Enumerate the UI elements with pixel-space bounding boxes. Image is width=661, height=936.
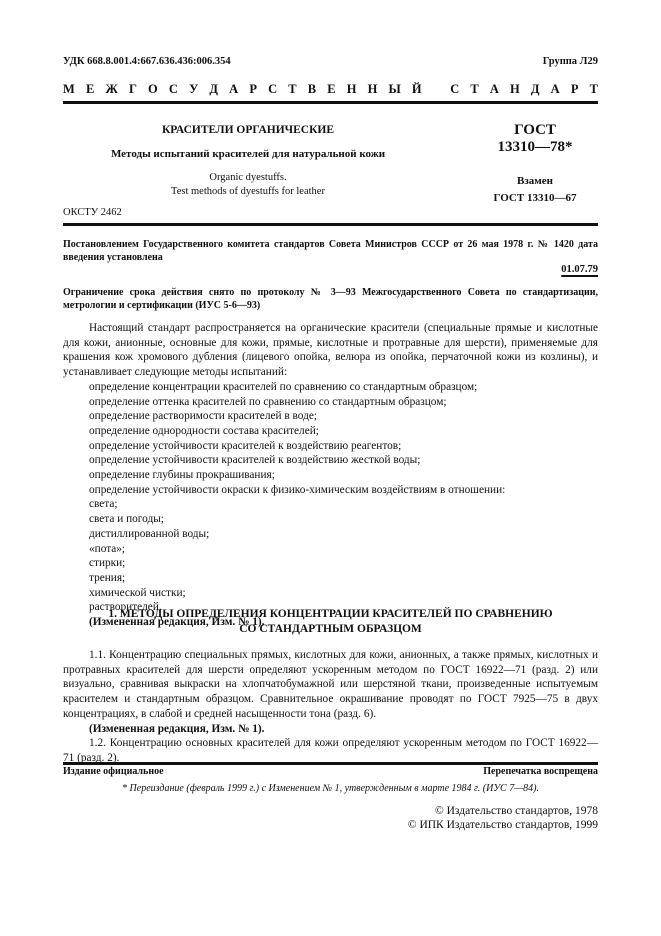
- validity-limit-text: Ограничение срока действия снято по прот…: [63, 286, 598, 312]
- amendment-note: (Измененная редакция, Изм. № 1).: [63, 722, 598, 737]
- banner-letter: А: [490, 82, 499, 97]
- banner-letter: Т: [590, 82, 598, 97]
- banner-letter: А: [551, 82, 560, 97]
- banner-letter: С: [450, 82, 459, 97]
- english-title: Organic dyestuffs. Test methods of dyest…: [63, 171, 433, 199]
- banner-letter: А: [229, 82, 238, 97]
- footer-rule: [63, 762, 598, 765]
- interstate-standard-banner: МЕЖГОСУДАРСТВЕННЫЙ СТАНДАРТ: [63, 82, 598, 97]
- clause-1-1: 1.1. Концентрацию специальных прямых, ки…: [63, 648, 598, 722]
- gost-label: ГОСТ: [470, 122, 600, 139]
- intro-section: Настоящий стандарт распространяется на о…: [63, 321, 598, 630]
- udk-code: УДК 668.8.001.4:667.636.436:006.354: [63, 56, 231, 67]
- banner-letter: Ж: [105, 82, 117, 97]
- english-title-line2: Test methods of dyestuffs for leather: [63, 185, 433, 199]
- gost-number: 13310—78*: [470, 139, 600, 156]
- banner-letter: Н: [368, 82, 378, 97]
- replaces-label: Взамен: [470, 173, 600, 190]
- banner-letter: Т: [288, 82, 296, 97]
- header-rule: [63, 101, 598, 104]
- replaces-value: ГОСТ 13310—67: [470, 190, 600, 207]
- banner-letter: Е: [327, 82, 335, 97]
- list-item: света;: [63, 497, 598, 512]
- copyright-1999: © ИПК Издательство стандартов, 1999: [408, 818, 598, 832]
- list-item: определение однородности состава красите…: [63, 424, 598, 439]
- list-item: определение оттенка красителей по сравне…: [63, 395, 598, 410]
- banner-letter: Е: [86, 82, 94, 97]
- replaces-block: Взамен ГОСТ 13310—67: [470, 173, 600, 207]
- methods-list: определение концентрации красителей по с…: [63, 380, 598, 615]
- list-item: «пота»;: [63, 542, 598, 557]
- list-item: дистиллированной воды;: [63, 527, 598, 542]
- list-item: химической чистки;: [63, 586, 598, 601]
- banner-letter: С: [169, 82, 178, 97]
- banner-letter: Р: [571, 82, 579, 97]
- banner-letter: О: [148, 82, 158, 97]
- group-code: Группа Л29: [543, 56, 598, 67]
- reissue-note: * Переиздание (февраль 1999 г.) с Измене…: [63, 783, 598, 794]
- list-item: определение устойчивости красителей к во…: [63, 453, 598, 468]
- section-1-heading-line2: СО СТАНДАРТНЫМ ОБРАЗЦОМ: [63, 622, 598, 637]
- okstu-code: ОКСТУ 2462: [63, 207, 122, 218]
- list-item: света и погоды;: [63, 512, 598, 527]
- banner-letter: В: [308, 82, 316, 97]
- document-subtitle: Методы испытаний красителей для натураль…: [63, 148, 433, 160]
- banner-letter: Ы: [389, 82, 401, 97]
- list-item: определение концентрации красителей по с…: [63, 380, 598, 395]
- copyright-block: © Издательство стандартов, 1978 © ИПК Из…: [408, 804, 598, 832]
- banner-letter: С: [268, 82, 277, 97]
- official-edition-label: Издание официальное: [63, 766, 164, 777]
- section-1-body: 1.1. Концентрацию специальных прямых, ки…: [63, 648, 598, 766]
- intro-paragraph: Настоящий стандарт распространяется на о…: [63, 321, 598, 380]
- section-1-heading-line1: 1. МЕТОДЫ ОПРЕДЕЛЕНИЯ КОНЦЕНТРАЦИИ КРАСИ…: [63, 607, 598, 622]
- decree-text: Постановлением Государственного комитета…: [63, 238, 598, 264]
- reprint-prohibited-label: Перепечатка воспрещена: [483, 766, 598, 777]
- list-item: определение устойчивости окраски к физик…: [63, 483, 598, 498]
- list-item: трения;: [63, 571, 598, 586]
- introduction-date: 01.07.79: [561, 264, 598, 275]
- banner-letter: Д: [531, 82, 540, 97]
- banner-letter: У: [189, 82, 198, 97]
- section-1-heading: 1. МЕТОДЫ ОПРЕДЕЛЕНИЯ КОНЦЕНТРАЦИИ КРАСИ…: [63, 607, 598, 637]
- document-title: КРАСИТЕЛИ ОРГАНИЧЕСКИЕ: [63, 124, 433, 136]
- banner-letter: Н: [347, 82, 357, 97]
- banner-letter: Н: [510, 82, 520, 97]
- title-block-rule: [63, 223, 598, 226]
- list-item: определение глубины прокрашивания;: [63, 468, 598, 483]
- gost-designation: ГОСТ 13310—78*: [470, 122, 600, 156]
- banner-letter: Г: [129, 82, 137, 97]
- list-item: определение растворимости красителей в в…: [63, 409, 598, 424]
- copyright-1978: © Издательство стандартов, 1978: [408, 804, 598, 818]
- banner-letter: Т: [470, 82, 478, 97]
- list-item: определение устойчивости красителей к во…: [63, 439, 598, 454]
- banner-letter: М: [63, 82, 75, 97]
- list-item: стирки;: [63, 556, 598, 571]
- banner-letter: Й: [412, 82, 422, 97]
- english-title-line1: Organic dyestuffs.: [63, 171, 433, 185]
- banner-letter: Р: [249, 82, 257, 97]
- banner-letter: Д: [209, 82, 218, 97]
- banner-letter: [433, 82, 439, 97]
